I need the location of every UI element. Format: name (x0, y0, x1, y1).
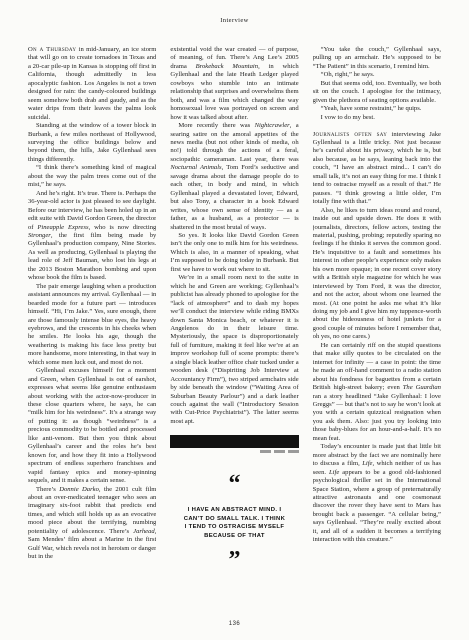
paragraph: Journalists often say interviewing Jake … (313, 131, 441, 207)
paragraph: Also, he likes to turn ideas round and r… (313, 207, 441, 342)
paragraph: “I think there’s something kind of magic… (28, 164, 156, 189)
close-quote-icon: ” (170, 554, 298, 567)
paragraph: There’s Donnie Darko, the 2001 cult film… (28, 486, 156, 562)
photo-credit (170, 450, 298, 453)
paragraph: “Yeah, have some restraint,” he quips. (313, 105, 441, 113)
paragraph: And he’s right. It’s true. There is. Per… (28, 190, 156, 283)
paragraph: So yes. It looks like David Gordon Green… (170, 232, 298, 274)
paragraph: existential void the war created — of pu… (170, 46, 298, 122)
paragraph: “You take the couch,” Gyllenhaal says, p… (313, 46, 441, 71)
column-3: “You take the couch,” Gyllenhaal says, p… (313, 46, 441, 622)
article-columns: On a Thursday in mid-January, an ice sto… (28, 46, 441, 622)
paragraph: Standing at the window of a tower block … (28, 122, 156, 164)
pull-quote: “ I HAVE AN ABSTRACT MIND. ICAN’T DO SMA… (170, 478, 298, 567)
paragraph: Gyllenhaal excuses himself for a moment … (28, 367, 156, 485)
paragraph: The pair emerge laughing when a producti… (28, 283, 156, 368)
paragraph: He can certainly riff on the stupid ques… (313, 342, 441, 443)
photo-bar (170, 435, 298, 448)
column-1: On a Thursday in mid-January, an ice sto… (28, 46, 156, 622)
column-2-text: existential void the war created — of pu… (170, 46, 298, 426)
paragraph: Today’s encounter is made just that litt… (313, 443, 441, 544)
column-1-text: On a Thursday in mid-January, an ice sto… (28, 46, 156, 562)
paragraph: We’re in a small room next to the suite … (170, 274, 298, 426)
paragraph: “Oh, right,” he says. (313, 71, 441, 79)
paragraph: On a Thursday in mid-January, an ice sto… (28, 46, 156, 122)
paragraph: More recently there was Nightcrawler, a … (170, 122, 298, 232)
paragraph: I vow to do my best. (313, 114, 441, 122)
page-number: 136 (0, 621, 469, 627)
column-2: existential void the war created — of pu… (170, 46, 298, 622)
paragraph: But that seems odd, too. Eventually, we … (313, 80, 441, 105)
page-header: Interview (0, 17, 469, 24)
open-quote-icon: “ (170, 478, 298, 491)
pull-quote-text: I HAVE AN ABSTRACT MIND. ICAN’T DO SMALL… (174, 506, 294, 540)
column-3-text: “You take the couch,” Gyllenhaal says, p… (313, 46, 441, 545)
magazine-page: Interview On a Thursday in mid-January, … (0, 0, 469, 640)
